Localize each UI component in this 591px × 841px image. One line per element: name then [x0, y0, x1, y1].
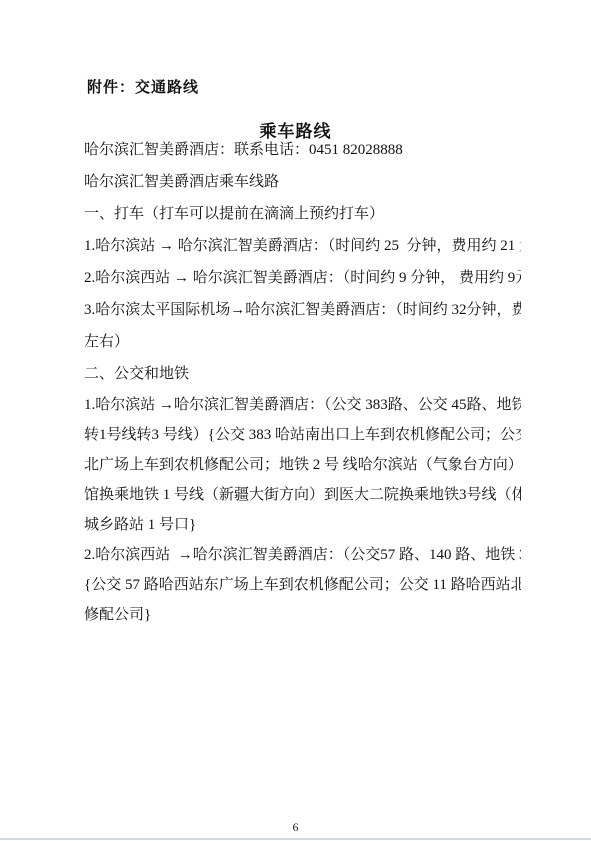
- bus-metro-route-line: 1.哈尔滨站 →哈尔滨汇智美爵酒店：（公交 383路、公交 45路、地铁 2号线…: [84, 390, 521, 420]
- document-body: 哈尔滨汇智美爵酒店：联系电话：0451 82028888 哈尔滨汇智美爵酒店乘车…: [84, 134, 521, 630]
- bus-metro-route-line: 北广场上车到农机修配公司；地铁 2 号 线哈尔滨站（气象台方向）上车到博物: [84, 450, 521, 480]
- route-subtitle-line: 哈尔滨汇智美爵酒店乘车线路: [84, 166, 521, 198]
- page-number: 6: [0, 820, 591, 835]
- attachment-heading: 附件：交通路线: [87, 76, 199, 97]
- taxi-route-line: 左右）: [84, 326, 521, 358]
- section-taxi-heading: 一、打车（打车可以提前在滴滴上预约打车）: [84, 198, 521, 230]
- bus-metro-route-line: 2.哈尔滨西站 →哈尔滨汇智美爵酒店：（公交57 路、140 路、地铁 3 号线…: [84, 540, 521, 570]
- bus-metro-route-line: 修配公司}: [84, 600, 521, 630]
- taxi-route-line: 2.哈尔滨西站 → 哈尔滨汇智美爵酒店：（时间约 9 分钟， 费用约 9元左右）: [84, 262, 521, 294]
- bus-metro-route-line: 城乡路站 1 号口}: [84, 510, 521, 540]
- bus-metro-route-line: 转1号线转3 号线）{公交 383 哈站南出口上车到农机修配公司；公交45路在哈…: [84, 420, 521, 450]
- bus-metro-route-line: {公交 57 路哈西站东广场上车到农机修配公司；公交 11 路哈西站北广场到农机: [84, 570, 521, 600]
- bus-metro-route-line: 馆换乘地铁 1 号线（新疆大街方向）到医大二院换乘地铁3号线（体育公园方向）: [84, 480, 521, 510]
- section-bus-metro-heading: 二、公交和地铁: [84, 358, 521, 390]
- taxi-route-line: 1.哈尔滨站 → 哈尔滨汇智美爵酒店：（时间约 25 分钟，费用约 21 元左右…: [84, 230, 521, 262]
- section-taxi: 一、打车（打车可以提前在滴滴上预约打车） 1.哈尔滨站 → 哈尔滨汇智美爵酒店：…: [84, 198, 521, 358]
- page-bottom-divider: [0, 838, 591, 840]
- hotel-contact-line: 哈尔滨汇智美爵酒店：联系电话：0451 82028888: [84, 134, 521, 166]
- taxi-route-line: 3.哈尔滨太平国际机场→哈尔滨汇智美爵酒店：（时间约 32分钟，费用约 60 元: [84, 294, 521, 326]
- document-page: 附件：交通路线 乘车路线 哈尔滨汇智美爵酒店：联系电话：0451 8202888…: [0, 0, 591, 841]
- section-bus-metro: 二、公交和地铁 1.哈尔滨站 →哈尔滨汇智美爵酒店：（公交 383路、公交 45…: [84, 358, 521, 630]
